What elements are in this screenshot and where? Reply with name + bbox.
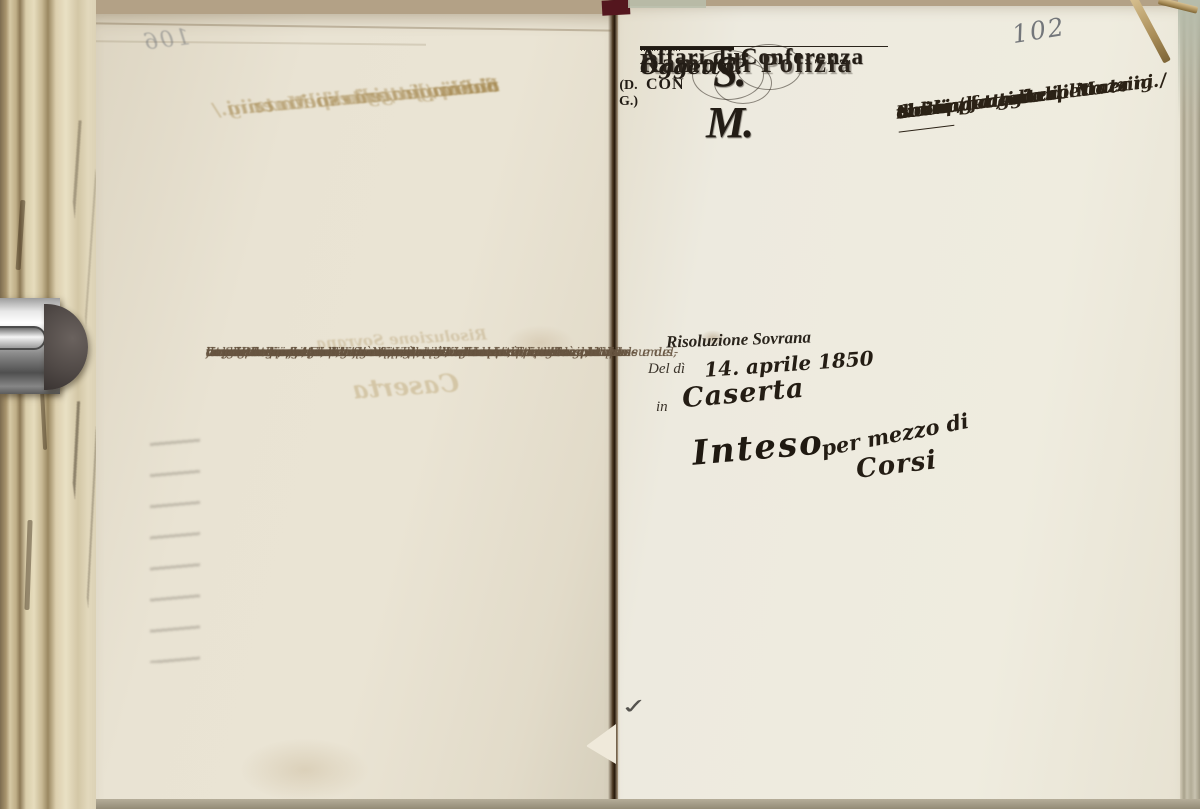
metal-clip-tip bbox=[44, 304, 88, 390]
showthrough-margin-lines bbox=[150, 428, 200, 663]
letter-line: forte non sieno per recarmi irreparabile… bbox=[206, 341, 514, 362]
subject-label: Oggetto? bbox=[640, 54, 747, 79]
binding-maroon-sliver bbox=[602, 0, 631, 16]
bleedthrough-line: matico bbox=[425, 66, 501, 110]
resolution-place-label: in bbox=[656, 399, 668, 416]
metal-clip-slot bbox=[0, 326, 46, 350]
underlying-page-edges bbox=[1180, 0, 1200, 809]
resolution-date-label: Del dì bbox=[648, 361, 685, 378]
metal-clip bbox=[0, 296, 92, 398]
binding-edge-sliver bbox=[628, 0, 706, 8]
subject-underline bbox=[640, 47, 734, 50]
underlying-page-edge-green bbox=[1178, 0, 1200, 120]
book-gutter bbox=[608, 0, 620, 809]
left-page bbox=[96, 14, 612, 804]
letterhead-dg: (D. G.) bbox=[619, 78, 638, 110]
bottom-page-edges bbox=[96, 799, 1200, 809]
paper-stain bbox=[240, 738, 370, 802]
archival-scan: 106 Nuova lettera di Sorra vicini / frat… bbox=[0, 0, 1200, 809]
pencil-check-mark: ✓ bbox=[617, 693, 651, 719]
